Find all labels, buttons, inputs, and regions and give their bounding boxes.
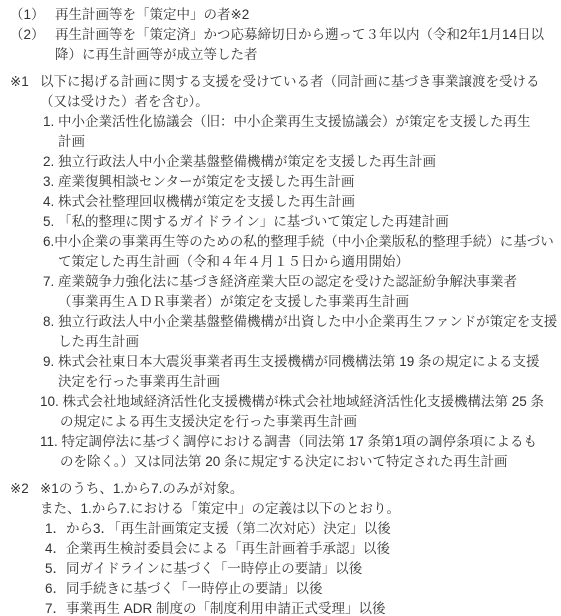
line-text: （事業再生ＡＤＲ事業者）が策定を支援した事業再生計画 [58,294,409,309]
line-text: 計画 [58,134,85,149]
doc-line: の規定による再生支援決定を行った事業再生計画 [0,412,561,432]
line-text: 決定を行った事業再生計画 [58,374,220,389]
line-text: また、1.から7.における「策定中」の定義は以下のとおり。 [40,501,400,516]
line-marker: ※1 [10,72,40,92]
line-text: 再生計画等を「策定済」かつ応募締切日から遡って３年以内（令和2年1月14日以 [55,27,544,42]
line-text: 6.中小企業の事業再生等のための私的整理手続（中小企業版私的整理手続）に基づい [43,234,554,249]
line-text: 8. 独立行政法人中小企業基盤整備機構が出資した中小企業再生ファンドが策定を支援 [43,314,557,329]
doc-line: 4．企業再生検討委員会による「再生計画着手承認」以後 [0,539,561,559]
line-text: 7. 産業競争力強化法に基づき経済産業大臣の認定を受けた認証紛争解決事業者 [43,274,517,289]
line-text: 10. 株式会社地域経済活性化支援機構が株式会社地域経済活性化支援機構法第 25… [40,394,544,409]
line-text: のを除く。）又は同法第 20 条に規定する決定において特定された再生計画 [60,454,508,469]
line-marker: ※2 [10,479,40,499]
line-text: ※1のうち、1.から7.のみが対象。 [40,481,243,496]
doc-line: （1）再生計画等を「策定中」の者※2 [0,5,561,25]
doc-line: 8. 独立行政法人中小企業基盤整備機構が出資した中小企業再生ファンドが策定を支援 [0,312,561,332]
doc-line: （2）再生計画等を「策定済」かつ応募締切日から遡って３年以内（令和2年1月14日… [0,25,561,45]
line-text: （又は受けた）者を含む）。 [40,94,209,109]
line-text: 5．同ガイドラインに基づく「一時停止の要請」以後 [45,561,362,576]
line-text: 降）に再生計画等が成立等した者 [55,47,258,62]
doc-line: 6.中小企業の事業再生等のための私的整理手続（中小企業版私的整理手続）に基づい [0,232,561,252]
line-text: て策定した再生計画（令和４年４月１５日から適用開始） [58,254,409,269]
line-text: 4．企業再生検討委員会による「再生計画着手承認」以後 [45,541,390,556]
line-text: 以下に掲げる計画に関する支援を受けている者（同計画に基づき事業譲渡を受ける [40,74,540,89]
line-text: 2. 独立行政法人中小企業基盤整備機構が策定を支援した再生計画 [43,154,436,169]
doc-line: （事業再生ＡＤＲ事業者）が策定を支援した事業再生計画 [0,292,561,312]
line-text: 再生計画等を「策定中」の者※2 [55,7,249,22]
line-text: 11. 特定調停法に基づく調停における調書（同法第 17 条第1項の調停条項によ… [40,434,537,449]
doc-line: 1. 中小企業活性化協議会（旧：中小企業再生支援協議会）が策定を支援した再生 [0,112,561,132]
line-marker: （2） [10,25,55,45]
document-body: （1）再生計画等を「策定中」の者※2（2）再生計画等を「策定済」かつ応募締切日か… [0,0,561,616]
doc-line: 7．事業再生 ADR 制度の「制度利用申請正式受理」以後 [0,599,561,616]
line-text: 6．同手続きに基づく「一時停止の要請」以後 [45,581,323,596]
doc-line: 2. 独立行政法人中小企業基盤整備機構が策定を支援した再生計画 [0,152,561,172]
doc-line: 計画 [0,132,561,152]
doc-line: 9. 株式会社東日本大震災事業者再生支援機構が同機構法第 19 条の規定による支… [0,352,561,372]
doc-line: 7. 産業競争力強化法に基づき経済産業大臣の認定を受けた認証紛争解決事業者 [0,272,561,292]
line-text: 9. 株式会社東日本大震災事業者再生支援機構が同機構法第 19 条の規定による支… [43,354,540,369]
doc-line: 11. 特定調停法に基づく調停における調書（同法第 17 条第1項の調停条項によ… [0,432,561,452]
doc-line: 5．同ガイドラインに基づく「一時停止の要請」以後 [0,559,561,579]
doc-line: 5. 「私的整理に関するガイドライン」に基づいて策定した再建計画 [0,212,561,232]
doc-line: 4. 株式会社整理回収機構が策定を支援した再生計画 [0,192,561,212]
line-text: 1．から3．「再生計画策定支援（第二次対応）決定」以後 [45,521,391,536]
doc-line: のを除く。）又は同法第 20 条に規定する決定において特定された再生計画 [0,452,561,472]
doc-line: 決定を行った事業再生計画 [0,372,561,392]
line-text: した再生計画 [58,334,139,349]
line-text: 1. 中小企業活性化協議会（旧：中小企業再生支援協議会）が策定を支援した再生 [43,114,531,129]
doc-line: 降）に再生計画等が成立等した者 [0,45,561,65]
doc-line: ※2※1のうち、1.から7.のみが対象。 [0,479,561,499]
line-text: 7．事業再生 ADR 制度の「制度利用申請正式受理」以後 [45,601,386,616]
doc-line: て策定した再生計画（令和４年４月１５日から適用開始） [0,252,561,272]
doc-line: 6．同手続きに基づく「一時停止の要請」以後 [0,579,561,599]
doc-line: （又は受けた）者を含む）。 [0,92,561,112]
line-text: 5. 「私的整理に関するガイドライン」に基づいて策定した再建計画 [43,214,449,229]
doc-line: した再生計画 [0,332,561,352]
document-page: { "page": { "background_color": "#ffffff… [0,0,561,616]
line-text: 4. 株式会社整理回収機構が策定を支援した再生計画 [43,194,355,209]
doc-line: 3. 産業復興相談センターが策定を支援した再生計画 [0,172,561,192]
doc-line: 10. 株式会社地域経済活性化支援機構が株式会社地域経済活性化支援機構法第 25… [0,392,561,412]
doc-line: ※1以下に掲げる計画に関する支援を受けている者（同計画に基づき事業譲渡を受ける [0,72,561,92]
doc-line: 1．から3．「再生計画策定支援（第二次対応）決定」以後 [0,519,561,539]
line-marker: （1） [10,5,55,25]
line-text: 3. 産業復興相談センターが策定を支援した再生計画 [43,174,354,189]
doc-line: また、1.から7.における「策定中」の定義は以下のとおり。 [0,499,561,519]
line-text: の規定による再生支援決定を行った事業再生計画 [60,414,357,429]
